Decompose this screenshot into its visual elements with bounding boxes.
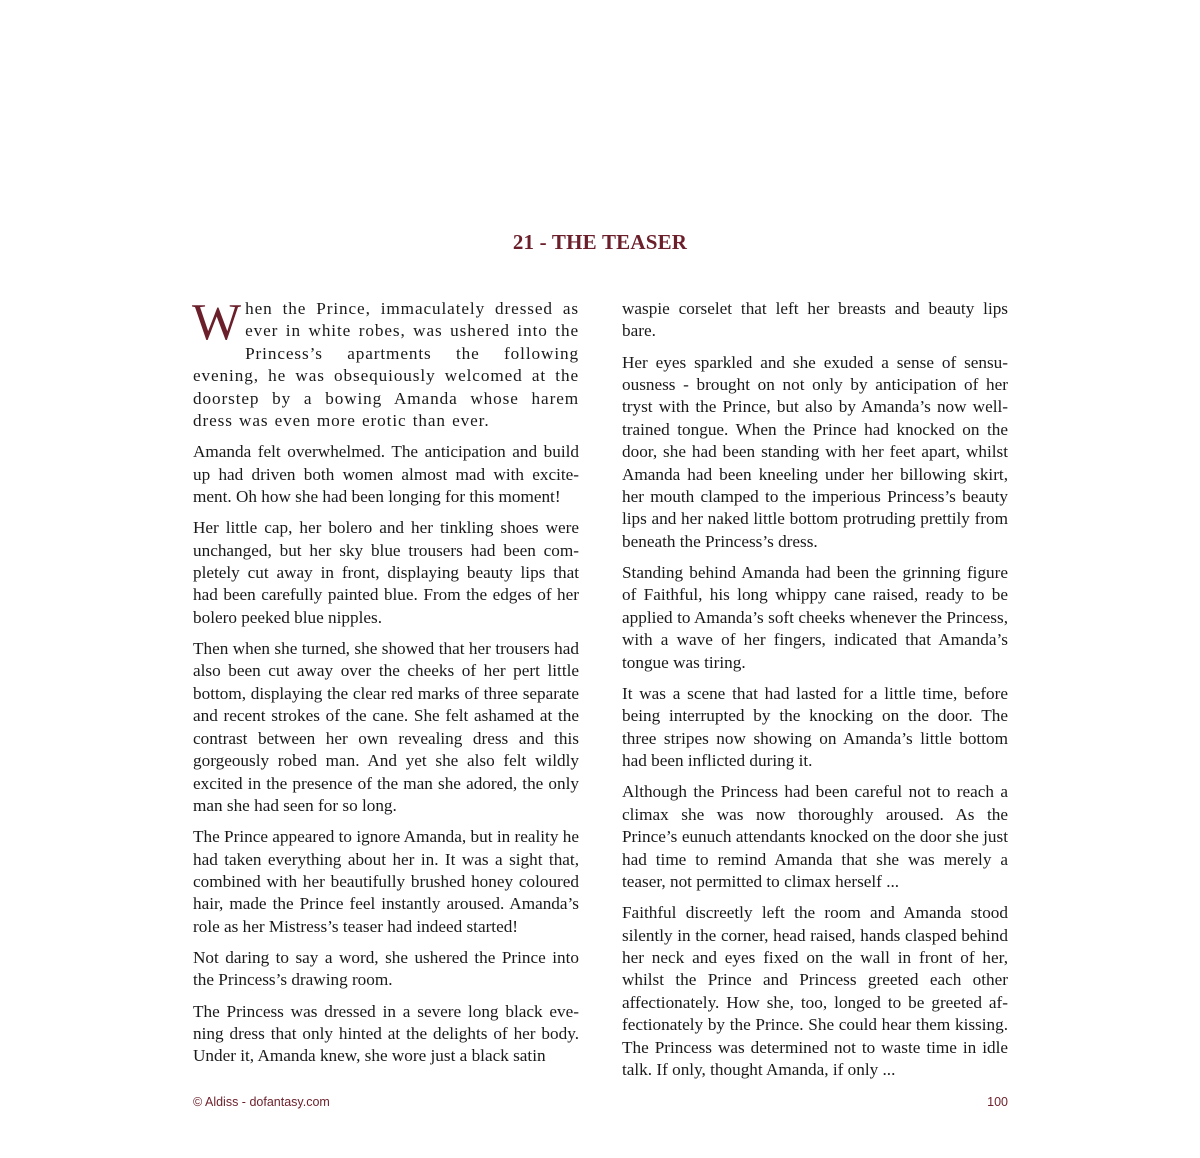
- opening-paragraph-text: hen the Prince, immaculately dressed as …: [193, 299, 579, 430]
- paragraph: Her little cap, her bolero and her tinkl…: [193, 517, 579, 629]
- paragraph: Not daring to say a word, she ushered th…: [193, 947, 579, 992]
- paragraph: Faithful discreetly left the room and Am…: [622, 902, 1008, 1081]
- paragraph: Her eyes sparkled and she exuded a sense…: [622, 352, 1008, 554]
- left-column: When the Prince, immaculately dressed as…: [193, 298, 579, 1077]
- paragraph: The Princess was dressed in a severe lon…: [193, 1001, 579, 1068]
- paragraph: It was a scene that had lasted for a lit…: [622, 683, 1008, 773]
- chapter-title: 21 - THE TEASER: [0, 230, 1200, 255]
- opening-paragraph: When the Prince, immaculately dressed as…: [193, 298, 579, 432]
- paragraph: Although the Princess had been careful n…: [622, 781, 1008, 893]
- drop-cap: W: [192, 300, 241, 343]
- paragraph: Amanda felt overwhelmed. The anticipatio…: [193, 441, 579, 508]
- page-number: 100: [987, 1095, 1008, 1109]
- paragraph: Standing behind Amanda had been the grin…: [622, 562, 1008, 674]
- paragraph: waspie corselet that left her breasts an…: [622, 298, 1008, 343]
- paragraph: The Prince appeared to ignore Amanda, bu…: [193, 826, 579, 938]
- paragraph: Then when she turned, she showed that he…: [193, 638, 579, 817]
- copyright-footer: © Aldiss - dofantasy.com: [193, 1095, 330, 1109]
- right-column: waspie corselet that left her breasts an…: [622, 298, 1008, 1090]
- book-page: 21 - THE TEASER When the Prince, immacul…: [0, 0, 1200, 1158]
